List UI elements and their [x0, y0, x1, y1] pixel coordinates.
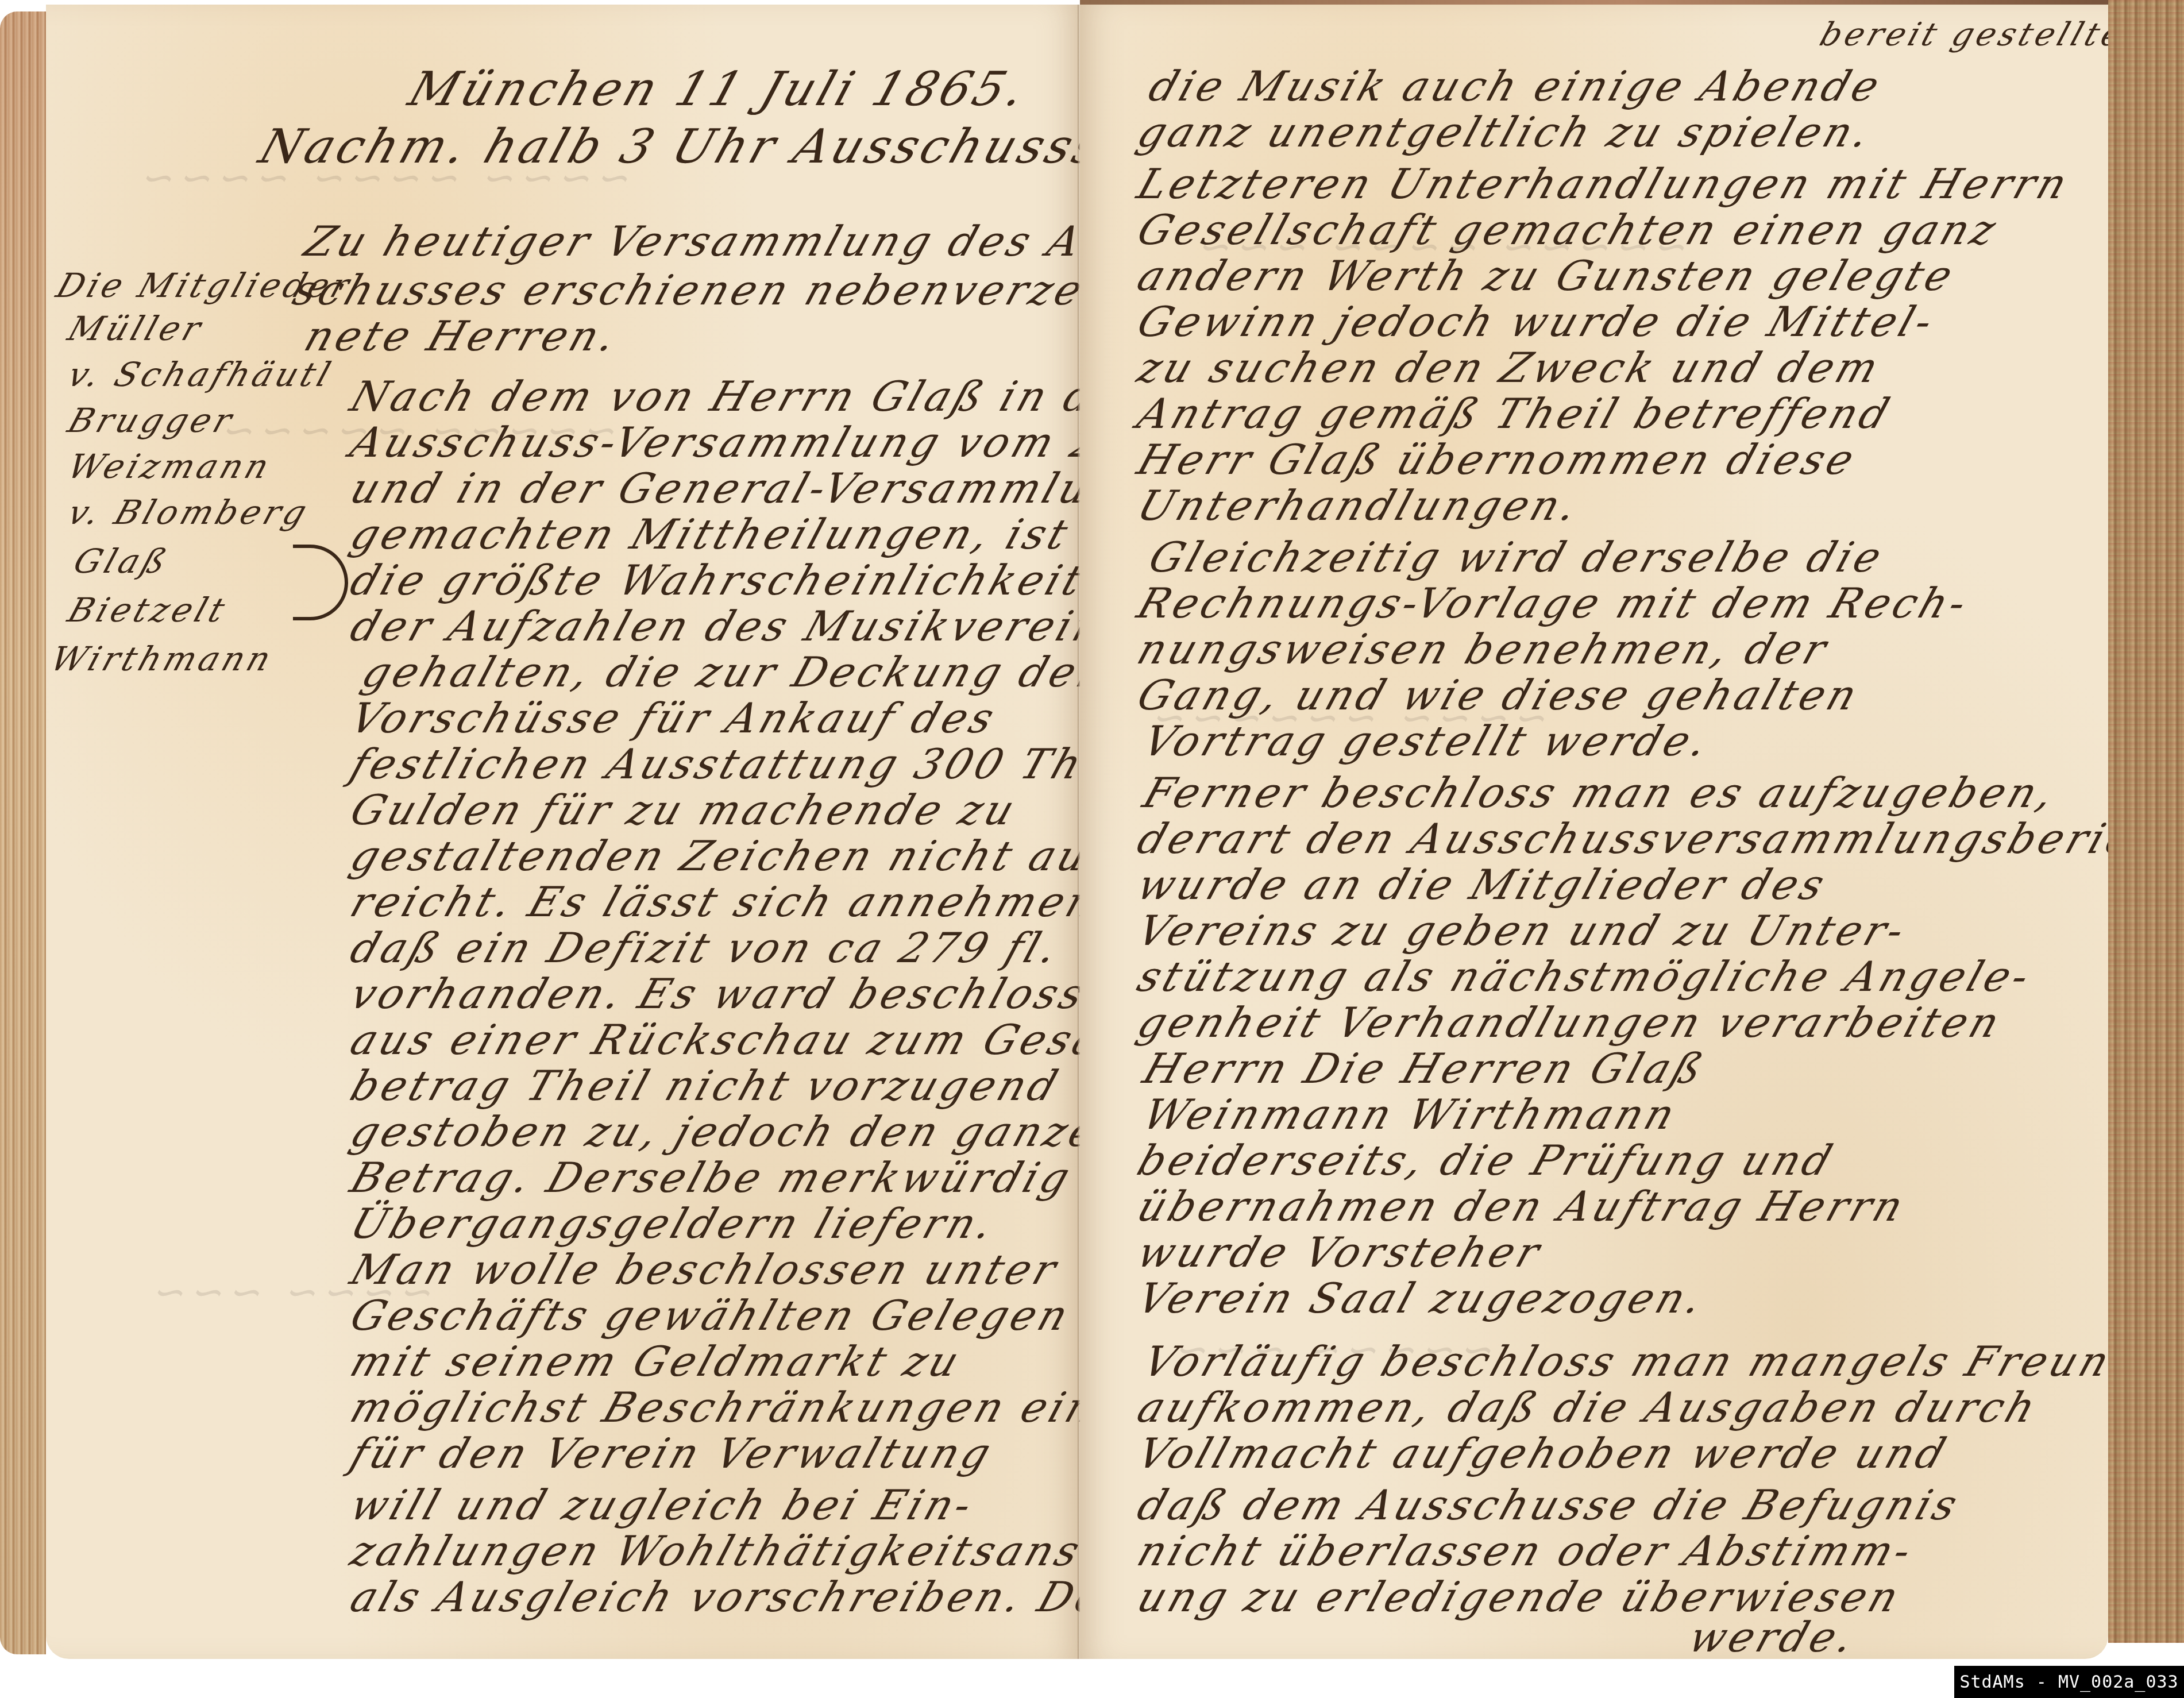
text-line: wurde Vorsteher — [1132, 1228, 1549, 1276]
text-line: Zu heutiger Versammlung des Aus- — [299, 217, 1163, 265]
archive-label-text: StdAMs - MV_002a_033 — [1959, 1672, 2178, 1692]
text-line: Gewinn jedoch wurde die Mittel- — [1132, 298, 1942, 346]
text-line: gehalten, die zur Deckung der — [356, 648, 1109, 696]
heading-date-line: München 11 Juli 1865. — [402, 62, 1035, 117]
text-line: und in der General-Versammlung — [345, 464, 1159, 512]
text-line: Vereins zu geben und zu Unter- — [1132, 906, 1914, 955]
text-line: gemachten Mittheilungen, ist — [345, 510, 1077, 558]
text-line: Unterhandlungen. — [1132, 481, 1587, 530]
left-page: ~~~~ ~~~~ ~~~~ ~~~~~ ~~~~~ ~~~~ ~~~ Münc… — [46, 5, 1080, 1659]
margin-entry: Wirthmann — [46, 639, 279, 678]
text-line: Betrag. Derselbe merkwürdig — [345, 1153, 1079, 1202]
text-line: der Aufzahlen des Musikvereins — [345, 602, 1137, 650]
text-line: andern Werth zu Gunsten gelegte — [1132, 252, 1962, 300]
text-line: gestoben zu, jedoch den ganzen — [345, 1107, 1136, 1156]
text-line: zu suchen den Zweck und dem — [1132, 344, 1888, 392]
text-line: nicht überlassen oder Abstimm- — [1132, 1527, 1921, 1575]
text-line: aufkommen, daß die Ausgaben durch — [1132, 1383, 2045, 1431]
right-page-edges — [2108, 0, 2184, 1643]
text-line: will und zugleich bei Ein- — [345, 1481, 981, 1529]
text-line: nete Herren. — [299, 312, 626, 360]
text-line: Vollmacht aufgehoben werde und — [1132, 1429, 1955, 1477]
text-line: Gang, und wie diese gehalten — [1132, 671, 1866, 719]
text-line: Ferner beschloss man es aufzugeben, — [1137, 769, 2063, 817]
text-line: Vortrag gestellt werde. — [1137, 717, 1717, 765]
margin-entry: Glaß — [69, 542, 175, 581]
text-line: festlichen Ausstattung 300 Thaler — [345, 740, 1187, 788]
text-line: beiderseits, die Prüfung und — [1132, 1136, 1841, 1184]
text-line: wurde an die Mitglieder des — [1132, 860, 1834, 909]
text-line: Man wolle beschlossen unter — [345, 1245, 1066, 1294]
text-line: schusses erschienen nebenverzeich- — [287, 266, 1183, 314]
text-line: stützung als nächstmögliche Angele- — [1132, 952, 2039, 1001]
text-line: für den Verein Verwaltung — [345, 1429, 1000, 1477]
text-line: betrag Theil nicht vorzugend — [345, 1062, 1067, 1110]
margin-entry: v. Schafhäutl — [63, 355, 339, 394]
text-line: Vorläufig beschloss man mangels Freunde — [1137, 1337, 2177, 1386]
text-line: die Musik auch einige Abende — [1143, 62, 1889, 110]
text-line: Übergangsgeldern liefern. — [345, 1199, 1002, 1248]
text-line: werde. — [1683, 1613, 1863, 1661]
book-spread: ~~~~ ~~~~ ~~~~ ~~~~~ ~~~~~ ~~~~ ~~~ Münc… — [0, 0, 2184, 1666]
text-line: daß ein Defizit von ca 279 fl. — [345, 924, 1067, 972]
margin-entry: Brugger — [63, 401, 240, 440]
text-line: ganz unentgeltlich zu spielen. — [1132, 108, 1879, 156]
text-line: nungsweisen benehmen, der — [1132, 625, 1836, 673]
text-line: als Ausgleich vorschreiben. Der — [345, 1573, 1135, 1621]
text-line: möglichst Beschränkungen eines — [345, 1383, 1157, 1431]
text-line: die größte Wahrscheinlichkeit in — [345, 556, 1155, 604]
text-line: genheit Verhandlungen verarbeiten — [1132, 998, 2009, 1047]
text-line: vorhanden. Es ward beschlossen — [345, 970, 1151, 1018]
text-line: Vorschüsse für Ankauf des — [345, 694, 1004, 742]
text-line: daß dem Ausschusse die Befugnis — [1132, 1481, 1966, 1529]
text-line: reicht. Es lässt sich annehmen — [345, 878, 1105, 926]
text-line: Verein Saal zugezogen. — [1132, 1274, 1712, 1322]
margin-entry: Müller — [63, 309, 209, 348]
text-line: Nach dem von Herrn Glaß in der — [345, 372, 1154, 420]
text-line: Antrag gemäß Theil betreffend — [1132, 389, 1899, 438]
margin-entry: Bietzelt — [63, 591, 233, 630]
text-line: Herrn Die Herren Glaß — [1137, 1044, 1712, 1093]
right-page: ~~~~~ ~~~~ ~~~ ~~~~ ~~~~~~ ~~~~~ ~~~ ber… — [1080, 5, 2108, 1659]
text-line: Rechnungs-Vorlage mit dem Rech- — [1132, 579, 1976, 627]
margin-entry: Weizmann — [63, 447, 277, 486]
text-line: Weinmann Wirthmann — [1137, 1090, 1684, 1139]
text-line: Gulden für zu machende zu — [345, 786, 1024, 834]
margin-brace-flourish — [293, 545, 348, 620]
left-page-edges — [0, 11, 46, 1654]
top-insertion-note: bereit gestellte — [1815, 16, 2131, 53]
text-line: Letzteren Unterhandlungen mit Herrn — [1132, 160, 2077, 208]
text-line: Herr Glaß übernommen diese — [1132, 435, 1863, 484]
text-line: gestaltenden Zeichen nicht ausge- — [345, 832, 1197, 880]
text-line: Gleichzeitig wird derselbe die — [1143, 533, 1891, 581]
text-line: mit seinem Geldmarkt zu — [345, 1337, 968, 1386]
text-line: derart den Ausschussversammlungsbericht — [1132, 815, 2184, 863]
text-line: übernahmen den Auftrag Herrn — [1132, 1182, 1912, 1230]
text-line: Geschäfts gewählten Gelegen — [345, 1291, 1078, 1340]
margin-entry: v. Blomberg — [63, 493, 315, 532]
archive-label: StdAMs - MV_002a_033 — [1954, 1666, 2184, 1698]
text-line: Gesellschaft gemachten einen ganz — [1132, 206, 2005, 254]
